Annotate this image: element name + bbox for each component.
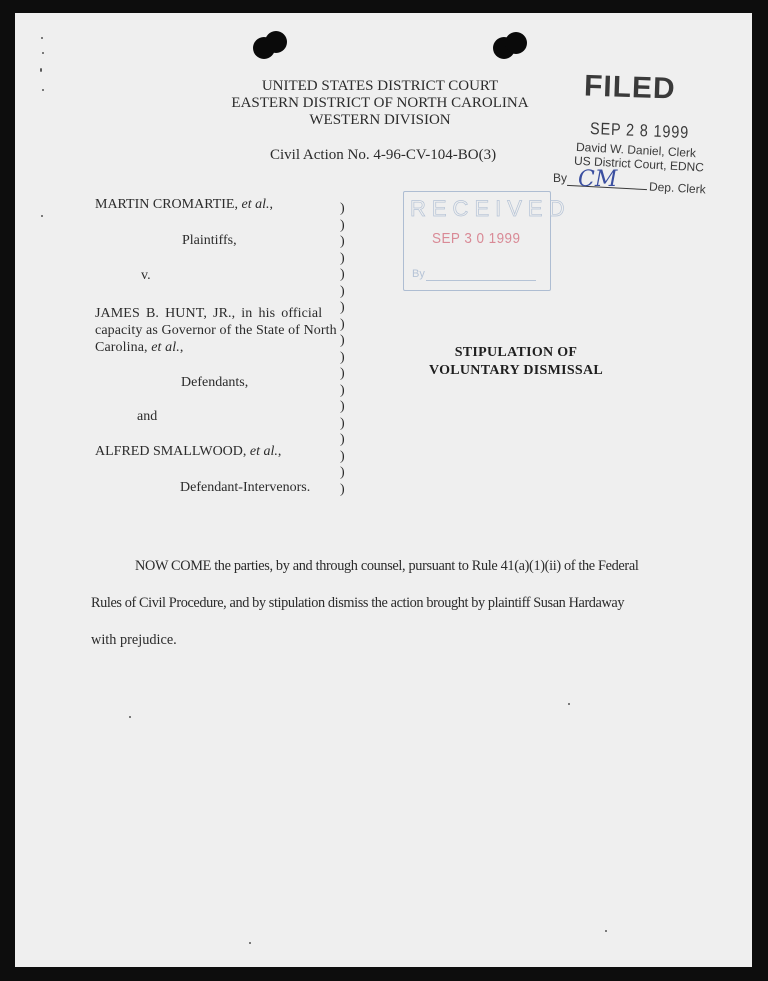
body-line-1: NOW COME the parties, by and through cou… bbox=[135, 558, 638, 575]
court-division: WESTERN DIVISION bbox=[215, 112, 545, 129]
received-stamp: RECEIVED SEP 3 0 1999 By bbox=[403, 191, 551, 291]
court-caption: UNITED STATES DISTRICT COURT EASTERN DIS… bbox=[215, 78, 545, 129]
versus: v. bbox=[141, 268, 151, 284]
scan-speck bbox=[42, 52, 44, 54]
filed-signature: CM bbox=[578, 167, 617, 192]
filed-label: FILED bbox=[583, 69, 676, 106]
defendants-label: Defendants, bbox=[181, 375, 248, 391]
scan-speck bbox=[568, 703, 570, 705]
caption-paren: ) bbox=[340, 465, 350, 482]
plaintiffs-label: Plaintiffs, bbox=[182, 233, 237, 249]
plaintiff-name: MARTIN CROMARTIE, et al., bbox=[95, 197, 273, 213]
caption-paren: ) bbox=[340, 333, 350, 350]
received-by-line bbox=[426, 280, 536, 281]
caption-paren: ) bbox=[340, 366, 350, 383]
court-name: UNITED STATES DISTRICT COURT bbox=[215, 78, 545, 95]
scan-speck bbox=[41, 215, 43, 217]
scan-speck bbox=[41, 37, 43, 39]
intervenors-label: Defendant-Intervenors. bbox=[180, 480, 310, 496]
caption-paren: ) bbox=[340, 383, 350, 400]
caption-paren: ) bbox=[340, 201, 350, 218]
filed-by-label: By bbox=[553, 171, 567, 185]
caption-paren: ) bbox=[340, 416, 350, 433]
body-line-3: with prejudice. bbox=[91, 632, 177, 649]
received-label: RECEIVED bbox=[410, 196, 570, 222]
caption-paren: ) bbox=[340, 482, 350, 499]
caption-parentheses: )))))))))))))))))) bbox=[340, 201, 350, 498]
filed-date: SEP 2 8 1999 bbox=[590, 119, 690, 143]
caption-paren: ) bbox=[340, 350, 350, 367]
caption-paren: ) bbox=[340, 399, 350, 416]
caption-paren: ) bbox=[340, 300, 350, 317]
scan-speck bbox=[129, 716, 131, 718]
scan-speck bbox=[42, 89, 44, 91]
and-label: and bbox=[137, 409, 157, 425]
caption-paren: ) bbox=[340, 317, 350, 334]
punch-hole bbox=[265, 31, 287, 53]
received-date: SEP 3 0 1999 bbox=[432, 230, 520, 247]
caption-paren: ) bbox=[340, 234, 350, 251]
scan-speck bbox=[249, 942, 251, 944]
defendant-name: JAMES B. HUNT, JR., in his official capa… bbox=[95, 305, 337, 356]
caption-paren: ) bbox=[340, 218, 350, 235]
scan-speck bbox=[40, 68, 42, 72]
civil-action-number: Civil Action No. 4-96-CV-104-BO(3) bbox=[270, 147, 496, 164]
document-title: STIPULATION OF VOLUNTARY DISMISSAL bbox=[415, 344, 617, 380]
caption-paren: ) bbox=[340, 432, 350, 449]
caption-paren: ) bbox=[340, 267, 350, 284]
caption-paren: ) bbox=[340, 284, 350, 301]
received-by-label: By bbox=[412, 268, 425, 280]
punch-hole bbox=[505, 32, 527, 54]
body-line-2: Rules of Civil Procedure, and by stipula… bbox=[91, 595, 624, 612]
scan-speck bbox=[605, 930, 607, 932]
document-page: UNITED STATES DISTRICT COURT EASTERN DIS… bbox=[15, 13, 752, 967]
caption-paren: ) bbox=[340, 449, 350, 466]
intervenor-name: ALFRED SMALLWOOD, et al., bbox=[95, 444, 281, 460]
caption-paren: ) bbox=[340, 251, 350, 268]
filed-dep-clerk: Dep. Clerk bbox=[649, 180, 706, 197]
court-district: EASTERN DISTRICT OF NORTH CAROLINA bbox=[215, 95, 545, 112]
